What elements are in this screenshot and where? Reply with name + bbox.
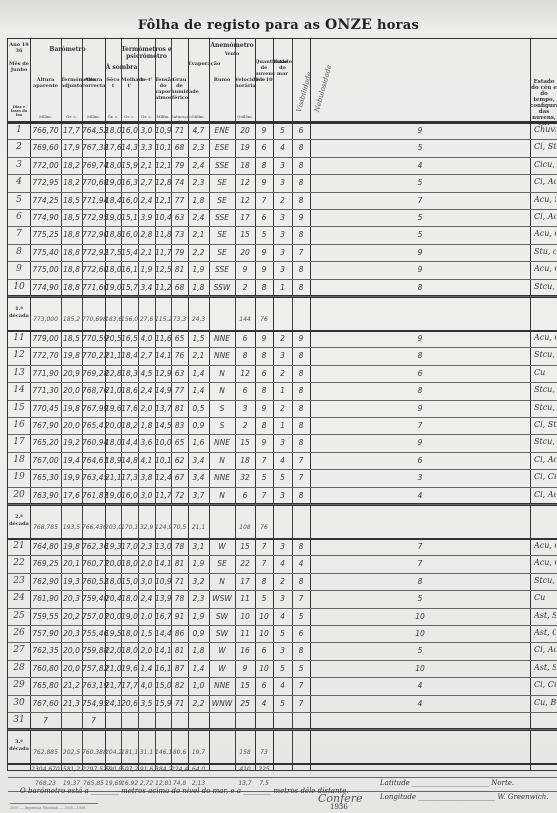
table-cell-ta: 18,5 — [61, 196, 82, 205]
row-divider — [8, 365, 557, 366]
table-cell-dir: N — [209, 491, 235, 500]
table-cell-t: 19,3 — [105, 542, 121, 551]
remark-cell: Acu, Cu — [534, 333, 556, 342]
table-cell-vp: 11,7 — [155, 491, 171, 500]
decade-mean-tw: 181,1 — [121, 749, 138, 756]
table-cell-dir: SW — [209, 629, 235, 638]
table-cell-dir: SSE — [209, 265, 235, 274]
table-cell-pc: 770,59 — [82, 334, 105, 343]
remark-cell: Acu, Cu — [534, 558, 556, 567]
table-cell-d: 4,5 — [138, 369, 155, 378]
table-cell-tw: 17,6 — [121, 404, 138, 413]
latitude-field: Latitude ______________________ Norte. — [380, 779, 514, 787]
table-cell-p: 765,80 — [30, 681, 61, 690]
day-cell: 31 — [8, 715, 30, 725]
table-cell-ta: 20,3 — [61, 594, 82, 603]
table-cell-ev: 1,4 — [188, 369, 209, 378]
decade-mean-t: 203,0 — [105, 524, 121, 531]
total-sum-vp: 384,2 — [155, 766, 171, 773]
table-cell-vis: 9 — [292, 334, 310, 343]
table-cell-t: 18,4 — [105, 196, 121, 205]
table-cell-ta: 18,5 — [61, 213, 82, 222]
table-cell-d: 2,4 — [138, 196, 155, 205]
day-cell: 4 — [8, 177, 30, 187]
table-cell-pc: 769,74 — [82, 161, 105, 170]
table-cell-vp: 10,9 — [155, 126, 171, 135]
column-unit: Milím. — [30, 114, 61, 119]
table-cell-ev: 3,1 — [188, 542, 209, 551]
table-cell-ta: 17,9 — [61, 143, 82, 152]
table-cell-sp: 9 — [235, 265, 255, 274]
table-cell-rh: 79 — [171, 248, 188, 257]
table-cell-p: 767,00 — [30, 456, 61, 465]
table-cell-vp: 10,0 — [155, 438, 171, 447]
decade-divider — [8, 728, 557, 731]
table-cell-sea: 3 — [273, 594, 292, 603]
table-cell-sea: 5 — [273, 699, 292, 708]
table-cell-sea: 4 — [273, 681, 292, 690]
table-cell-p: 762,90 — [30, 577, 61, 586]
table-cell-t: 17,5 — [105, 248, 121, 257]
table-cell-vp: 11,7 — [155, 248, 171, 257]
table-cell-d: 2,7 — [138, 351, 155, 360]
table-cell-ev: 1,4 — [188, 386, 209, 395]
table-cell-sea: 3 — [273, 161, 292, 170]
table-cell-d: 1,8 — [138, 421, 155, 430]
table-cell-sp: 22 — [235, 559, 255, 568]
table-cell-sp: 15 — [235, 438, 255, 447]
barometer-note: O barómetro está a ________ metros acima… — [20, 787, 349, 795]
table-cell-ev: 0,9 — [188, 421, 209, 430]
table-cell-pc: 755,46 — [82, 629, 105, 638]
table-cell-ev: 2,2 — [188, 699, 209, 708]
decade-mean-d: 27,6 — [138, 316, 155, 323]
table-cell-d: 2,0 — [138, 646, 155, 655]
table-cell-ta: 18,2 — [61, 161, 82, 170]
table-cell-d: 1,4 — [138, 664, 155, 673]
remark-cell: Cu — [534, 593, 556, 602]
column-header: Tensão do vapor atmosférico — [155, 77, 171, 101]
decade-mean-rh: 80,6 — [171, 749, 188, 756]
table-cell-d: 1,0 — [138, 612, 155, 621]
remark-cell: Acu, Cu — [534, 541, 556, 550]
table-cell-cl: 10 — [255, 664, 273, 673]
table-cell-dir: ENE — [209, 126, 235, 135]
table-cell-cl: 7 — [255, 491, 273, 500]
table-cell-dir: SE — [209, 559, 235, 568]
decade-mean-vp: 115,2 — [155, 316, 171, 323]
date-stamp: 1936 — [330, 803, 348, 811]
day-cell: 13 — [8, 368, 30, 378]
table-cell-neb: 10 — [310, 612, 530, 621]
table-cell-rh: 74 — [171, 178, 188, 187]
column-unit: Quilóm. — [235, 114, 255, 119]
table-cell-p: 764,80 — [30, 542, 61, 551]
table-cell-vis: 7 — [292, 473, 310, 482]
table-cell-vp: 14,1 — [155, 351, 171, 360]
table-cell-cl: 10 — [255, 612, 273, 621]
table-cell-vp: 14,5 — [155, 421, 171, 430]
table-cell-p: 767,90 — [30, 421, 61, 430]
table-cell-tw: 16,0 — [121, 126, 138, 135]
table-cell-cl: 9 — [255, 334, 273, 343]
table-cell-ta: 18,5 — [61, 334, 82, 343]
table-cell-ta: 19,9 — [61, 473, 82, 482]
row-divider — [8, 642, 557, 643]
table-cell-ev: 1,8 — [188, 646, 209, 655]
table-cell-sp: 20 — [235, 248, 255, 257]
table-cell-pc: 760,52 — [82, 577, 105, 586]
table-cell-neb: 7 — [310, 421, 530, 430]
table-cell-pc: 764,52 — [82, 126, 105, 135]
day-cell: 23 — [8, 576, 30, 586]
table-cell-t: 21,1 — [105, 473, 121, 482]
table-cell-t: 21,1 — [105, 351, 121, 360]
remark-cell: Ci, Acu, Cu. — [534, 645, 556, 654]
table-cell-pc: 761,87 — [82, 491, 105, 500]
table-cell-d: 2,1 — [138, 248, 155, 257]
decade-label: 1.ª década — [8, 306, 30, 320]
table-cell-p: 771,90 — [30, 369, 61, 378]
table-cell-p: 772,00 — [30, 161, 61, 170]
table-cell-tw: 16,5 — [121, 334, 138, 343]
column-header: t—t' — [138, 77, 155, 83]
remark-cell: Ci, Cu, Bruma — [534, 472, 556, 481]
table-cell-pc: 763,45 — [82, 473, 105, 482]
table-cell-tw: 15,1 — [121, 213, 138, 222]
table-cell-cl: 8 — [255, 283, 273, 292]
table-cell-sea: 3 — [273, 542, 292, 551]
table-cell-vis: 8 — [292, 143, 310, 152]
table-cell-sp: 2 — [235, 421, 255, 430]
table-cell-dir: N — [209, 456, 235, 465]
table-cell-p: 775,25 — [30, 230, 61, 239]
table-cell-sp: 11 — [235, 594, 255, 603]
table-cell-cl: 8 — [255, 386, 273, 395]
table-cell-rh: 82 — [171, 681, 188, 690]
table-cell-vis: 8 — [292, 161, 310, 170]
table-cell-ev: 1,4 — [188, 664, 209, 673]
column-header: Velocidade horária — [235, 77, 255, 89]
table-cell-ta: 20,0 — [61, 646, 82, 655]
table-cell-dir: NNE — [209, 681, 235, 690]
table-cell-sp: 25 — [235, 699, 255, 708]
table-cell-sp: 12 — [235, 369, 255, 378]
column-header: Estado do mar — [273, 59, 292, 77]
row-divider — [8, 608, 557, 609]
table-cell-tw: 17,7 — [121, 681, 138, 690]
table-cell-vis: 8 — [292, 283, 310, 292]
table-cell-sp: 32 — [235, 473, 255, 482]
table-cell-rh: 81 — [171, 404, 188, 413]
table-cell-sea: 3 — [273, 248, 292, 257]
table-cell-d: 2,0 — [138, 404, 155, 413]
table-cell-dir: W — [209, 646, 235, 655]
days-label: Dias e fases da lua — [8, 105, 30, 117]
decade-mean-p: 773,000 — [30, 316, 61, 323]
table-cell-pc: 757,82 — [82, 664, 105, 673]
table-cell-vp: 14,1 — [155, 646, 171, 655]
table-cell-tw: 14,4 — [121, 438, 138, 447]
table-cell-cl: 9 — [255, 126, 273, 135]
remark-cell: Ast, St. chuva leve intermitente — [534, 663, 556, 672]
table-cell-sea: 2 — [273, 404, 292, 413]
table-cell-ev: 2,3 — [188, 143, 209, 152]
table-cell-t: 18,0 — [105, 577, 121, 586]
decade-divider — [8, 503, 557, 506]
day-cell: 26 — [8, 628, 30, 638]
decade-label: 3.ª década — [8, 739, 30, 753]
table-cell-vp: 12,9 — [155, 369, 171, 378]
table-cell-sea: 3 — [273, 646, 292, 655]
table-cell-t: 18,0 — [105, 126, 121, 135]
table-cell-cl: 4 — [255, 699, 273, 708]
table-cell-sea: 3 — [273, 351, 292, 360]
table-cell-ta: 21,2 — [61, 681, 82, 690]
row-divider — [8, 347, 557, 348]
table-cell-t: 19,6 — [105, 404, 121, 413]
table-cell-neb: 9 — [310, 334, 530, 343]
table-cell-p: 760,80 — [30, 664, 61, 673]
register-sheet: Fôlha de registo para as ONZE horas Ano … — [0, 0, 557, 813]
table-cell-vp: 12,1 — [155, 161, 171, 170]
row-divider — [8, 712, 557, 713]
table-cell-d: 4,0 — [138, 334, 155, 343]
decade-label: 2.ª década — [8, 514, 30, 528]
table-cell-ev: 3,4 — [188, 473, 209, 482]
table-cell-ev: 2,4 — [188, 161, 209, 170]
remark-cell: Stcu, Cu, St. chuva fraca intermitente d… — [534, 403, 556, 412]
table-cell-cl: 5 — [255, 473, 273, 482]
table-cell-p: 767,60 — [30, 699, 61, 708]
table-cell-neb: 5 — [310, 594, 530, 603]
table-cell-vp: 12,1 — [155, 196, 171, 205]
row-divider — [8, 382, 557, 383]
remark-cell: Ast, St. chuva fraca. — [534, 611, 556, 620]
day-cell: 14 — [8, 385, 30, 395]
column-unit: Gr. c. — [121, 114, 138, 119]
table-cell-vp: 15,0 — [155, 681, 171, 690]
table-cell-ta: 18,8 — [61, 283, 82, 292]
table-cell-p: 775,00 — [30, 265, 61, 274]
table-cell-sea: 2 — [273, 369, 292, 378]
decade-mean-p: 762,885 — [30, 749, 61, 756]
table-cell-vp: 10,9 — [155, 577, 171, 586]
table-cell-rh: 68 — [171, 143, 188, 152]
remark-cell: Ci, Stcu, Cu, St. chuva fraca. — [534, 420, 556, 429]
day-cell: 15 — [8, 403, 30, 413]
table-cell-rh: 78 — [171, 594, 188, 603]
table-cell-tw: 16,0 — [121, 491, 138, 500]
decade-mean-ta: 193,5 — [61, 524, 82, 531]
table-cell-rh: 62 — [171, 456, 188, 465]
table-cell-pc: 772,90 — [82, 230, 105, 239]
table-cell-neb: 10 — [310, 629, 530, 638]
table-cell-pc: 760,77 — [82, 559, 105, 568]
table-cell-t: 19,0 — [105, 283, 121, 292]
table-cell-d: 2,4 — [138, 594, 155, 603]
table-cell-tw: 19,6 — [121, 664, 138, 673]
table-cell-tw: 16,3 — [121, 178, 138, 187]
decade-mean-rh: 70,5 — [171, 524, 188, 531]
table-cell-vp: 10,1 — [155, 456, 171, 465]
remark-cell: Acu, Cu, St. chuva fraca intermitente — [534, 264, 556, 273]
table-cell-vis: 8 — [292, 386, 310, 395]
table-cell-cl: 10 — [255, 629, 273, 638]
column-header: Nebulosidade — [313, 64, 333, 113]
table-cell-cl: 9 — [255, 265, 273, 274]
table-cell-rh: 87 — [171, 664, 188, 673]
table-cell-p: 774,90 — [30, 283, 61, 292]
table-cell-neb: 5 — [310, 646, 530, 655]
decade-mean-d: 32,9 — [138, 524, 155, 531]
row-divider — [8, 417, 557, 418]
table-cell-ta: 20,1 — [61, 559, 82, 568]
table-cell-ev: 1,5 — [188, 334, 209, 343]
table-cell-d: 4,0 — [138, 681, 155, 690]
table-cell-d: 3,3 — [138, 143, 155, 152]
table-cell-dir: NNE — [209, 334, 235, 343]
table-cell-sea: 2 — [273, 334, 292, 343]
table-cell-pc: 762,36 — [82, 542, 105, 551]
table-cell-t: 20,5 — [105, 334, 121, 343]
table-cell-vis: 8 — [292, 438, 310, 447]
row-divider — [8, 555, 557, 556]
table-cell-sea: 5 — [273, 473, 292, 482]
table-cell-vis: 8 — [292, 646, 310, 655]
table-cell-ta: 20,2 — [61, 612, 82, 621]
table-cell-dir: W — [209, 542, 235, 551]
table-cell-pc: 757,07 — [82, 612, 105, 621]
table-cell-pc: 769,28 — [82, 369, 105, 378]
day-cell: 10 — [8, 282, 30, 292]
remarks-header: Estado do céu e do tempo, configuração d… — [530, 79, 557, 127]
table-cell-dir: WSW — [209, 594, 235, 603]
day-cell: 25 — [8, 611, 30, 621]
table-cell-p: 772,70 — [30, 351, 61, 360]
table-cell-ev: 2,2 — [188, 248, 209, 257]
table-cell-ta: 20,0 — [61, 421, 82, 430]
decade-mean-t: 204,2 — [105, 749, 121, 756]
row-divider — [8, 469, 557, 470]
remark-cell: Stcu, Cu — [534, 385, 556, 394]
decade-divider — [8, 295, 557, 298]
column-unit: Milím. — [82, 114, 105, 119]
total-sum-cl: 225 — [255, 766, 273, 773]
remark-cell: Ast, Cu, St. Trovoada com chuva forte na… — [534, 628, 556, 637]
table-cell-dir: N — [209, 369, 235, 378]
table-cell-ev: 2,4 — [188, 213, 209, 222]
table-cell-neb: 8 — [310, 351, 530, 360]
table-cell-t: 20,4 — [105, 594, 121, 603]
row-divider — [8, 244, 557, 245]
table-cell-sp: 16 — [235, 646, 255, 655]
table-cell-ev: 3,2 — [188, 577, 209, 586]
table-cell-cl: 9 — [255, 248, 273, 257]
table-cell-tw: 18,0 — [121, 594, 138, 603]
table-cell-p: 765,30 — [30, 473, 61, 482]
table-cell-dir: NNE — [209, 351, 235, 360]
table-cell-p: 761,90 — [30, 594, 61, 603]
table-cell-vis: 7 — [292, 248, 310, 257]
decade-mean-pc: 766,436 — [82, 524, 105, 531]
table-cell-rh: 67 — [171, 473, 188, 482]
table-cell-rh: 65 — [171, 334, 188, 343]
table-cell-vp: 12,4 — [155, 473, 171, 482]
table-cell-dir: SSE — [209, 161, 235, 170]
table-cell-p: 775,40 — [30, 248, 61, 257]
table-cell-rh: 76 — [171, 351, 188, 360]
remark-cell: Chuvisco à vista, chuva fraca intermiten… — [534, 125, 556, 134]
table-cell-vp: 14,1 — [155, 559, 171, 568]
table-cell-p: 759,55 — [30, 612, 61, 621]
decade-mean-vp: 124,9 — [155, 524, 171, 531]
table-cell-d: 3,4 — [138, 283, 155, 292]
table-cell-rh: 81 — [171, 646, 188, 655]
table-cell-cl: 8 — [255, 421, 273, 430]
decade-mean-pc: 760,388 — [82, 749, 105, 756]
observatory-stamp: OBSERVATÓRIO METEOROLÓGICO— DE —ANGRA DO… — [530, 43, 557, 79]
remark-cell: Ci, Acu, Cu. — [534, 490, 556, 499]
table-cell-p: 757,90 — [30, 629, 61, 638]
table-cell-tw: 17,3 — [121, 473, 138, 482]
table-cell-cl: 8 — [255, 161, 273, 170]
day-cell: 18 — [8, 455, 30, 465]
table-cell-sp: 3 — [235, 404, 255, 413]
table-cell-pc: 759,40 — [82, 594, 105, 603]
month-label: Mês de Junho — [8, 61, 30, 73]
table-cell-dir: WNW — [209, 699, 235, 708]
table-cell-ev: 1,9 — [188, 612, 209, 621]
table-cell-d: 3,0 — [138, 126, 155, 135]
decade-mean-vp: 146,1 — [155, 749, 171, 756]
column-unit: Gr. c. — [138, 114, 155, 119]
table-cell-pc: 767,99 — [82, 404, 105, 413]
remark-cell: Acu, Stcu, Cu — [534, 195, 556, 204]
table-cell-rh: 77 — [171, 386, 188, 395]
table-cell-sp: 9 — [235, 664, 255, 673]
table-cell-p: 771,30 — [30, 386, 61, 395]
table-cell-cl: 9 — [255, 438, 273, 447]
row-divider — [8, 261, 557, 262]
row-divider — [8, 192, 557, 193]
table-cell-sea: 2 — [273, 577, 292, 586]
column-header: Evaporação — [188, 61, 209, 67]
table-cell-tw: 18,0 — [121, 646, 138, 655]
table-cell-t: 19,0 — [105, 491, 121, 500]
table-cell-sp: 8 — [235, 351, 255, 360]
table-cell-t: 17,6 — [105, 143, 121, 152]
table-cell-neb: 4 — [310, 681, 530, 690]
row-divider — [8, 487, 557, 488]
table-cell-rh: 91 — [171, 612, 188, 621]
group-thermometers: Termómetros e psicrómetro — [105, 46, 188, 60]
table-cell-vis: 9 — [292, 213, 310, 222]
table-cell-t: 19,5 — [105, 629, 121, 638]
table-cell-neb: 5 — [310, 213, 530, 222]
table-cell-tw: 16,0 — [121, 196, 138, 205]
decade-mean-rh: 73,3 — [171, 316, 188, 323]
table-cell-pc: 759,88 — [82, 646, 105, 655]
decade-mean-pc: 770,698 — [82, 316, 105, 323]
table-cell-sea: 4 — [273, 559, 292, 568]
table-cell-sea: 4 — [273, 456, 292, 465]
table-cell-sp: 15 — [235, 681, 255, 690]
day-cell: 20 — [8, 490, 30, 500]
total-sum-rh: 224,4 — [171, 766, 188, 773]
table-cell-ev: 1,0 — [188, 681, 209, 690]
decade-mean-tw: 170,1 — [121, 524, 138, 531]
